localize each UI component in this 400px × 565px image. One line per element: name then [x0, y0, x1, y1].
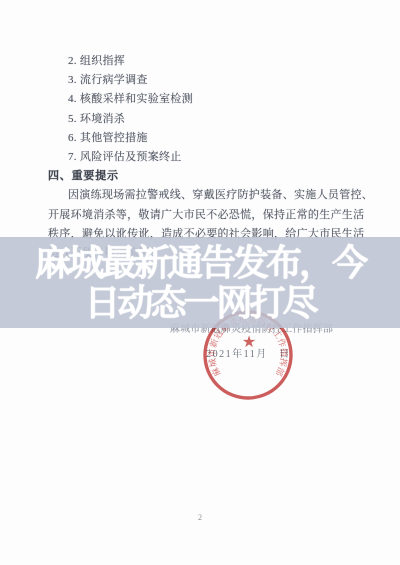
banner-title-line2: 日动态一网打尽 [84, 283, 315, 323]
banner-title-line1: 麻城最新通告发布，今 [35, 243, 365, 283]
caption-overlay-banner: 麻城最新通告发布，今 日动态一网打尽 [0, 237, 400, 328]
page-number: 2 [0, 513, 400, 522]
seal-star-icon: ★ [242, 334, 256, 351]
document-photo-page: 2. 组织指挥 3. 流行病学调查 4. 核酸采样和实验室检测 5. 环境消杀 … [0, 0, 400, 565]
